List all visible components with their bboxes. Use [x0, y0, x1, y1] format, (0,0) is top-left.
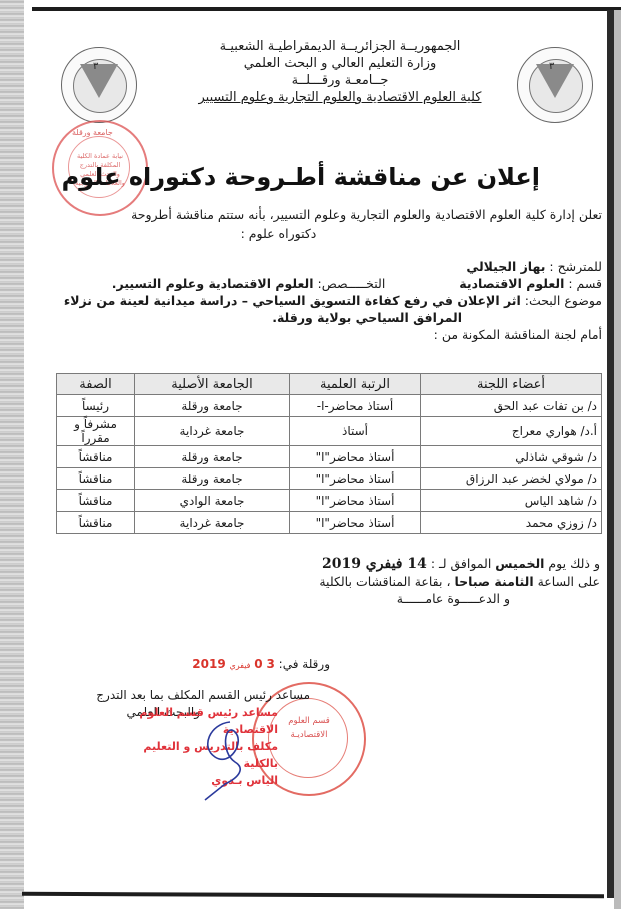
subject-row: موضوع البحث: اثر الإعلان في رفع كفاءة ال…: [70, 292, 602, 309]
page-title: إعلان عن مناقشة أطـروحة دكتوراه علوم: [100, 163, 540, 191]
scan-shadow-right: [614, 10, 621, 909]
table-row: د/ بن تفات عبد الحق أستاذ محاضر-ا- جامعة…: [57, 395, 602, 417]
committee-intro: أمام لجنة المناقشة المكونة من :: [70, 326, 602, 343]
page-border-right: [607, 10, 614, 898]
schedule: و ذلك يوم الخميس الموافق لـ : 14 فيفري 2…: [190, 555, 600, 607]
handwritten-signature-icon: [190, 712, 260, 802]
committee-table: أعضاء اللجنة الرتبة العلمية الجامعة الأص…: [56, 373, 602, 534]
schedule-time-line: على الساعة الثامنة صباحا ، بقاعة المناقش…: [190, 573, 600, 590]
scan-edge: [0, 0, 24, 909]
candidate-row: للمترشح : بهاز الجيلالي: [70, 258, 602, 275]
place-and-date: ورقلة في: 3 0 فيفري 2019: [140, 657, 330, 671]
table-header-row: أعضاء اللجنة الرتبة العلمية الجامعة الأص…: [57, 374, 602, 395]
intro-paragraph: تعلن إدارة كلية العلوم الاقتصادية والعلو…: [65, 205, 602, 243]
department-row: قسم : العلوم الاقتصادية التخـــــصص: الع…: [70, 275, 602, 292]
university-logo-icon: ٣: [61, 47, 137, 123]
table-row: د/ زوزي محمد أستاذ محاضر"ا" جامعة غرداية…: [57, 512, 602, 534]
page-border-top: [32, 7, 621, 11]
table-row: د/ شوقي شاذلي أستاذ محاضر"ا" جامعة ورقلة…: [57, 446, 602, 468]
thesis-info: للمترشح : بهاز الجيلالي قسم : العلوم الا…: [70, 258, 602, 343]
table-row: د/ شاهد الياس أستاذ محاضر"ا" جامعة الواد…: [57, 490, 602, 512]
table-row: أ.د/ هواري معراج أستاذ جامعة غرداية مشرف…: [57, 417, 602, 446]
letterhead: الجمهوريــة الجزائريــة الديمقراطيـة الش…: [170, 38, 510, 106]
republic-name: الجمهوريــة الجزائريــة الديمقراطيـة الش…: [170, 38, 510, 55]
defense-date: 14 فيفري 2019: [322, 556, 427, 572]
candidate-name: بهاز الجيلالي: [466, 259, 545, 274]
faculty-name: كلية العلوم الاقتصادية والعلوم التجارية …: [170, 89, 510, 106]
university-name: جــامعـة ورقـــلــة: [170, 72, 510, 89]
public-invitation: و الدعـــــوة عامــــــة: [190, 590, 600, 607]
ministry-name: وزارة التعليم العالي و البحث العلمي: [170, 55, 510, 72]
table-row: د/ مولاي لخضر عبد الرزاق أستاذ محاضر"ا" …: [57, 468, 602, 490]
schedule-date-line: و ذلك يوم الخميس الموافق لـ : 14 فيفري 2…: [190, 555, 600, 573]
defense-time: الثامنة صباحا: [454, 574, 533, 589]
university-logo-icon: ٣: [517, 47, 593, 123]
page-border-bottom: [22, 892, 604, 899]
specialty: التخـــــصص: العلوم الاقتصادية وعلوم الت…: [112, 275, 386, 292]
